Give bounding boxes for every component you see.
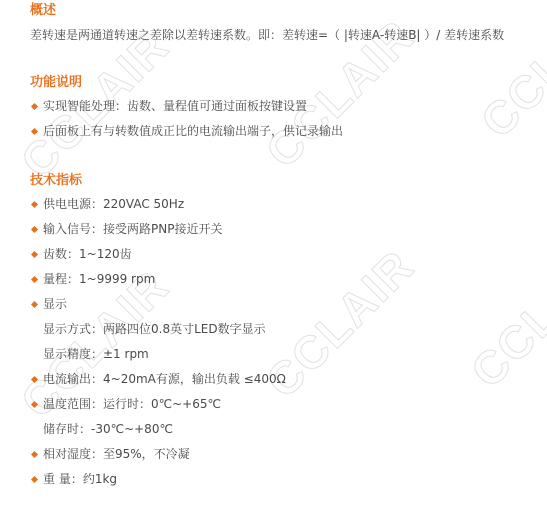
section-title-specs: 技术指标 (30, 170, 540, 192)
spec-temperature: 温度范围：运行时：0℃~+65℃ (30, 392, 540, 417)
spec-storage-temperature: 储存时：-30℃~+80℃ (30, 417, 540, 442)
spec-text: 显示 (43, 297, 67, 311)
product-description: 概述 差转速是两通道转速之差除以差转速系数。即：差转速=（ |转速A-转速B| … (30, 0, 540, 492)
spec-text: 相对湿度：至95%，不冷凝 (43, 447, 190, 461)
diamond-bullet-icon (31, 401, 38, 408)
spec-text: 供电电源：220VAC 50Hz (43, 197, 184, 211)
diamond-bullet-icon (31, 103, 38, 110)
list-item-text: 后面板上有与转数值成正比的电流输出端子，供记录输出 (43, 124, 343, 138)
section-title-functions: 功能说明 (30, 72, 540, 94)
list-item-text: 实现智能处理：齿数、量程值可通过面板按键设置 (43, 99, 307, 113)
section-title-overview: 概述 (30, 0, 540, 22)
spec-text: 电流输出：4~20mA有源，输出负载 ≤400Ω (43, 372, 286, 386)
spec-weight: 重 量：约1kg (30, 467, 540, 492)
specs-list-continued: 电流输出：4~20mA有源，输出负载 ≤400Ω 温度范围：运行时：0℃~+65… (30, 367, 540, 417)
spec-teeth: 齿数：1~120齿 (30, 242, 540, 267)
diamond-bullet-icon (31, 301, 38, 308)
specs-section: 技术指标 供电电源：220VAC 50Hz 输入信号：接受两路PNP接近开关 齿… (30, 170, 540, 492)
spec-text: 齿数：1~120齿 (43, 247, 132, 261)
spec-text: 量程：1~9999 rpm (43, 272, 155, 286)
spec-current-output: 电流输出：4~20mA有源，输出负载 ≤400Ω (30, 367, 540, 392)
spec-text: 温度范围：运行时：0℃~+65℃ (43, 397, 221, 411)
spec-humidity: 相对湿度：至95%，不冷凝 (30, 442, 540, 467)
diamond-bullet-icon (31, 128, 38, 135)
spec-text: 重 量：约1kg (43, 472, 117, 486)
spec-range: 量程：1~9999 rpm (30, 267, 540, 292)
diamond-bullet-icon (31, 451, 38, 458)
list-item: 实现智能处理：齿数、量程值可通过面板按键设置 (30, 94, 540, 119)
specs-list-end: 相对湿度：至95%，不冷凝 重 量：约1kg (30, 442, 540, 492)
spec-display: 显示 (30, 292, 540, 317)
spec-display-mode: 显示方式：两路四位0.8英寸LED数字显示 (30, 317, 540, 342)
spec-text: 输入信号：接受两路PNP接近开关 (43, 222, 222, 236)
functions-list: 实现智能处理：齿数、量程值可通过面板按键设置 后面板上有与转数值成正比的电流输出… (30, 94, 540, 144)
spec-power: 供电电源：220VAC 50Hz (30, 192, 540, 217)
diamond-bullet-icon (31, 251, 38, 258)
overview-text: 差转速是两通道转速之差除以差转速系数。即：差转速=（ |转速A-转速B| ）/ … (30, 22, 540, 48)
diamond-bullet-icon (31, 201, 38, 208)
spec-input: 输入信号：接受两路PNP接近开关 (30, 217, 540, 242)
diamond-bullet-icon (31, 476, 38, 483)
diamond-bullet-icon (31, 226, 38, 233)
list-item: 后面板上有与转数值成正比的电流输出端子，供记录输出 (30, 119, 540, 144)
functions-section: 功能说明 实现智能处理：齿数、量程值可通过面板按键设置 后面板上有与转数值成正比… (30, 72, 540, 144)
specs-list: 供电电源：220VAC 50Hz 输入信号：接受两路PNP接近开关 齿数：1~1… (30, 192, 540, 317)
diamond-bullet-icon (31, 376, 38, 383)
overview-section: 概述 差转速是两通道转速之差除以差转速系数。即：差转速=（ |转速A-转速B| … (30, 0, 540, 48)
spec-display-precision: 显示精度：±1 rpm (30, 342, 540, 367)
diamond-bullet-icon (31, 276, 38, 283)
